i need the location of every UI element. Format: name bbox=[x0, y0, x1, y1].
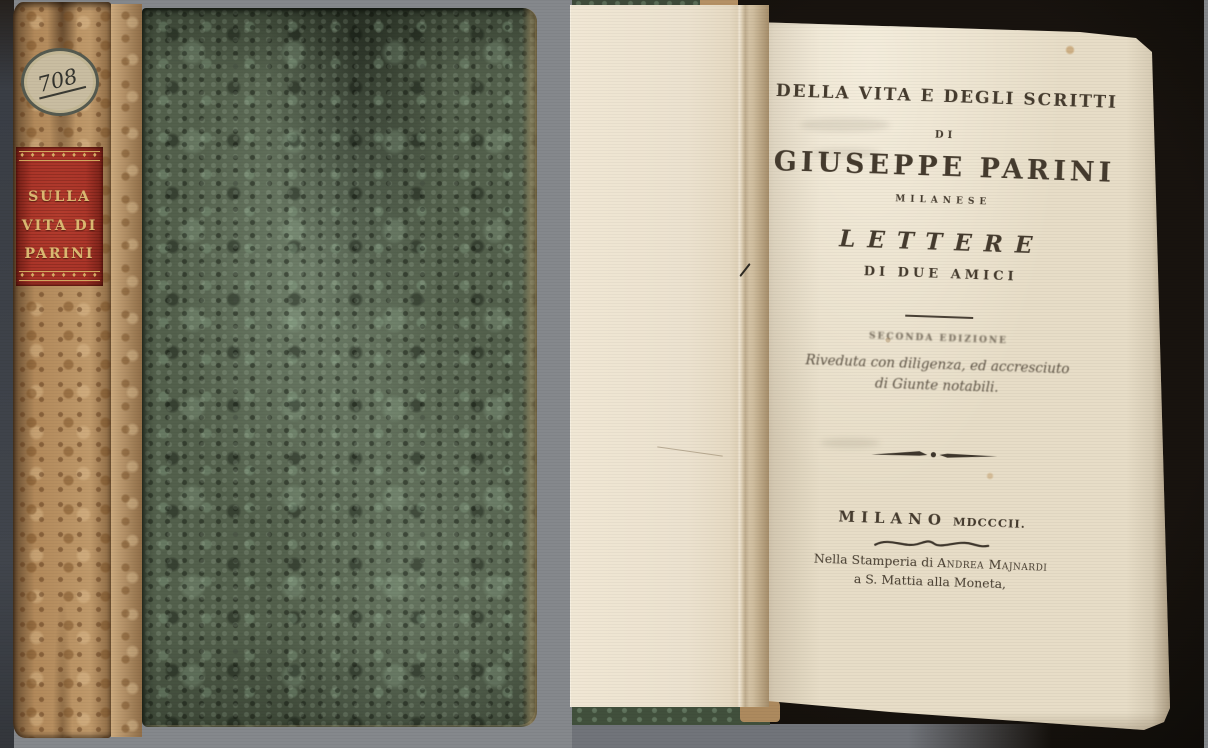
paper-crease bbox=[657, 446, 722, 456]
separator-rule bbox=[743, 297, 1135, 329]
title-page: DELLA VITA E DEGLI SCRITTI DI GIUSEPPE P… bbox=[740, 8, 1172, 740]
front-cover-marbled-board bbox=[142, 8, 537, 727]
shelf-number-label: 708 bbox=[27, 54, 93, 110]
tapered-rule-ornament bbox=[738, 441, 1130, 473]
edition-heading: SECONDA EDIZIONE bbox=[742, 327, 1134, 351]
imprint-year: MDCCCII. bbox=[953, 514, 1026, 531]
title-page-text-block: DELLA VITA E DEGLI SCRITTI DI GIUSEPPE P… bbox=[729, 1, 1146, 746]
gilt-border-ornament: ♦♦♦♦♦♦♦♦♦♦ bbox=[19, 151, 99, 161]
flyleaf-page bbox=[570, 5, 769, 707]
title-line-di: DI bbox=[749, 123, 1141, 148]
book-spine: 708 ♦♦♦♦♦♦♦♦♦♦ SULLA VITA DI PARINI ♦♦♦♦… bbox=[13, 2, 112, 738]
scan-edge-strip bbox=[0, 0, 14, 748]
spine-title-line: PARINI bbox=[25, 247, 95, 261]
spine-title-label: ♦♦♦♦♦♦♦♦♦♦ SULLA VITA DI PARINI ♦♦♦♦♦♦♦♦… bbox=[16, 147, 103, 286]
scan-background-strip bbox=[572, 724, 1052, 748]
title-line-main: DELLA VITA E DEGLI SCRITTI bbox=[751, 81, 1143, 114]
gilt-border-ornament: ♦♦♦♦♦♦♦♦♦♦ bbox=[19, 271, 99, 281]
scanned-photo-canvas: 708 ♦♦♦♦♦♦♦♦♦♦ SULLA VITA DI PARINI ♦♦♦♦… bbox=[0, 0, 1208, 748]
title-line-milanese: MILANESE bbox=[747, 189, 1139, 213]
title-line-author: GIUSEPPE PARINI bbox=[748, 145, 1141, 190]
subtitle-due-amici: DI DUE AMICI bbox=[745, 261, 1137, 290]
spine-title-line: SULLA bbox=[28, 190, 91, 204]
imprint-city: MILANO bbox=[838, 507, 947, 529]
ink-mark bbox=[739, 263, 750, 277]
spine-hinge bbox=[111, 4, 142, 737]
subtitle-lettere: LETTERE bbox=[745, 223, 1138, 263]
printer-names: Andrea Majnardi bbox=[937, 555, 1048, 574]
printer-prefix: Nella Stamperia di bbox=[814, 551, 934, 570]
spine-title-line: VITA DI bbox=[22, 219, 98, 233]
shelf-number-text: 708 bbox=[34, 65, 86, 100]
cover-worn-edge bbox=[522, 8, 537, 727]
